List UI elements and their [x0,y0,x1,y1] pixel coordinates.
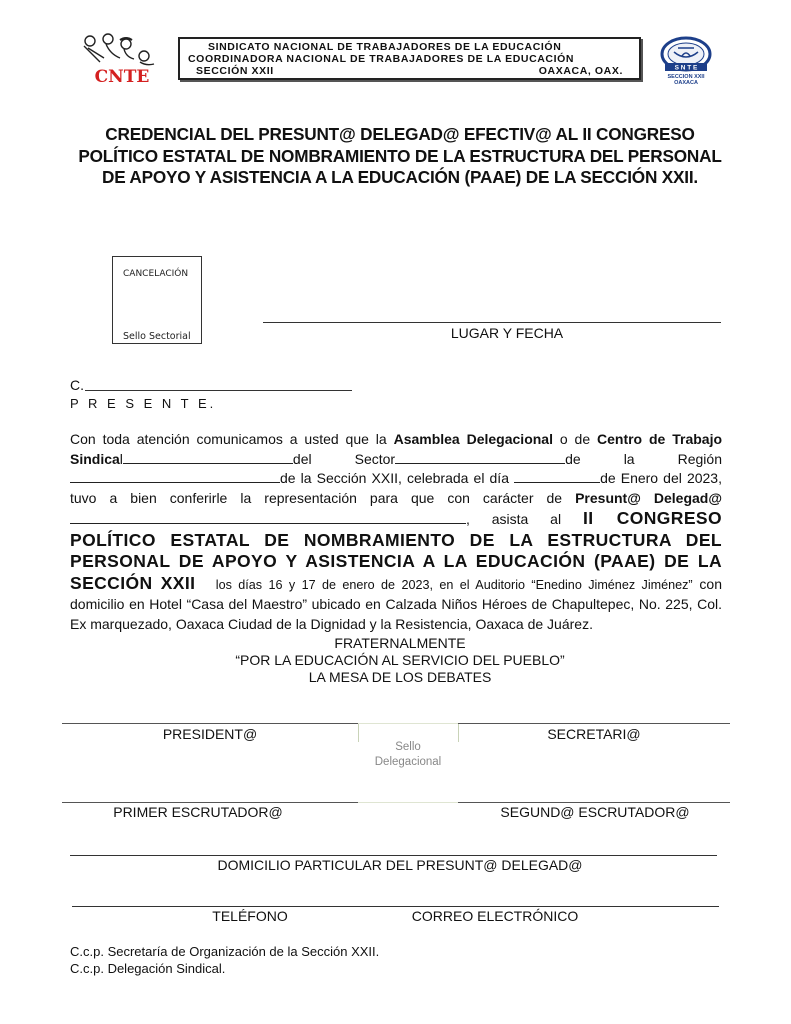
workplace-field[interactable] [123,452,293,464]
body-text: Con toda atención comunicamos a usted qu… [70,431,394,447]
header-line-2: COORDINADORA NACIONAL DE TRABAJADORES DE… [188,53,574,65]
carbon-copy-list: C.c.p. Secretaría de Organización de la … [70,944,379,977]
closing-fraternal: FRATERNALMENTE [200,635,600,652]
svg-text:CNTE: CNTE [95,67,150,84]
cnte-logo: CNTE [78,32,168,84]
president-signature-field[interactable] [62,723,358,724]
place-date-field[interactable] [263,322,721,323]
document-title: CREDENCIAL DEL PRESUNT@ DELEGAD@ EFECTIV… [70,124,730,189]
sector-field[interactable] [395,452,565,464]
body-text: de la Región [565,451,722,467]
sectorial-stamp-label: Sello Sectorial [123,331,191,342]
greeting: P R E S E N T E. [70,396,216,411]
region-field[interactable] [70,471,280,483]
secretary-signature-field[interactable] [458,723,730,724]
first-teller-signature-field[interactable] [62,802,358,803]
body-text: , asista al [466,511,583,527]
header-institution-box: SINDICATO NACIONAL DE TRABAJADORES DE LA… [178,37,641,80]
home-address-label: DOMICILIO PARTICULAR DEL PRESUNT@ DELEGA… [70,857,730,873]
event-dates: los días 16 y 17 de enero de 2023, en el… [216,578,693,592]
body-paragraph: Con toda atención comunicamos a usted qu… [70,430,722,634]
closing-block: FRATERNALMENTE “POR LA EDUCACIÓN AL SERV… [200,635,600,686]
body-text: del Sector [293,451,395,467]
closing-motto: “POR LA EDUCACIÓN AL SERVICIO DEL PUEBLO… [200,652,600,669]
body-text: o de [553,431,597,447]
recipient-name-field[interactable] [85,390,352,391]
day-field[interactable] [514,471,600,483]
svg-text:S N T E: S N T E [675,65,698,72]
cnte-figures-icon: CNTE [78,32,168,84]
phone-email-field[interactable] [72,906,719,907]
svg-text:OAXACA: OAXACA [674,80,698,86]
stamp-label-1: Sello [358,740,458,755]
place-date-label: LUGAR Y FECHA [263,325,751,341]
phone-label: TELÉFONO [160,908,340,924]
stamp-label-2: Delegacional [358,755,458,770]
snte-seal-icon: S N T E SECCION XXII OAXACA [648,36,724,88]
secretary-label: SECRETARI@ [458,726,730,742]
cancellation-label: CANCELACIÓN [123,269,188,279]
recipient-prefix: C. [70,377,84,393]
body-text: de la Sección XXII, celebrada el día [280,470,514,486]
ccp-item: C.c.p. Delegación Sindical. [70,961,379,978]
second-teller-signature-field[interactable] [458,802,730,803]
president-label: PRESIDENT@ [62,726,358,742]
home-address-field[interactable] [70,855,717,856]
ccp-item: C.c.p. Secretaría de Organización de la … [70,944,379,961]
cancellation-stamp-box: CANCELACIÓN Sello Sectorial [112,256,202,344]
second-teller-label: SEGUND@ ESCRUTADOR@ [470,804,720,820]
delegate-name-field[interactable] [70,512,466,524]
header-location: OAXACA, OAX. [539,65,623,77]
delegational-stamp-area: Sello Delegacional [358,740,458,770]
first-teller-label: PRIMER ESCRUTADOR@ [62,804,334,820]
header-line-1: SINDICATO NACIONAL DE TRABAJADORES DE LA… [208,41,561,53]
email-label: CORREO ELECTRÓNICO [380,908,610,924]
delegate-term: Presunt@ Delegad@ [575,490,722,506]
snte-seal-logo: S N T E SECCION XXII OAXACA [648,36,724,88]
assembly-term: Asamblea Delegacional [394,431,553,447]
closing-board: LA MESA DE LOS DEBATES [200,669,600,686]
header-section: SECCIÓN XXII [196,65,274,77]
